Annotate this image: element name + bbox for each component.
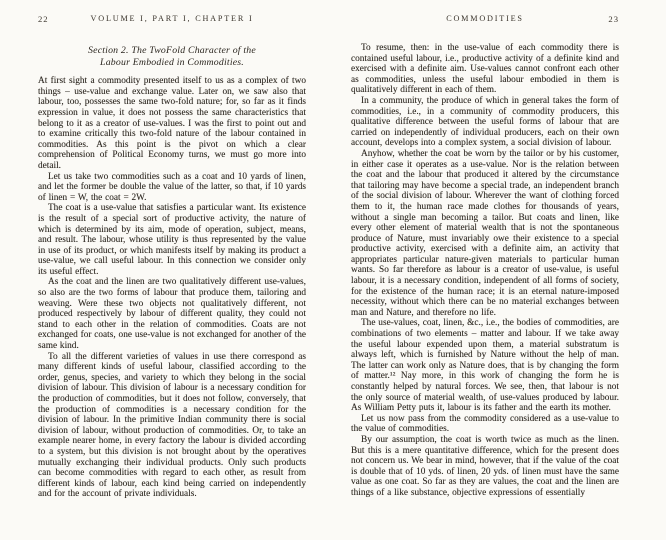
paragraph: To all the different varieties of values…: [38, 352, 306, 500]
right-running-header: COMMODITIES 23: [351, 14, 619, 26]
paragraph: Let us take two commodities such as a co…: [38, 172, 306, 204]
paragraph: The coat is a use-value that satisfies a…: [38, 203, 306, 277]
left-page-body: At first sight a commodity presented its…: [38, 76, 306, 500]
paragraph: As the coat and the linen are two qualit…: [38, 277, 306, 351]
paragraph: Let us now pass from the commodity consi…: [351, 414, 619, 435]
paragraph: Anyhow, whether the coat be worn by the …: [351, 149, 619, 319]
page-right: COMMODITIES 23 To resume, then: in the u…: [351, 14, 619, 499]
left-running-header-title: VOLUME I, PART I, CHAPTER I: [91, 14, 254, 23]
paragraph: In a community, the produce of which in …: [351, 96, 619, 149]
section-heading-line1: Section 2. The TwoFold Character of the: [38, 45, 306, 57]
left-page-number: 22: [38, 14, 49, 24]
paragraph: The use-values, coat, linen, &c., i.e., …: [351, 318, 619, 413]
page-left: 22 VOLUME I, PART I, CHAPTER I Section 2…: [38, 14, 306, 500]
right-running-header-title: COMMODITIES: [446, 14, 524, 23]
section-heading-line2: Labour Embodied in Commodities.: [38, 57, 306, 69]
section-heading: Section 2. The TwoFold Character of the …: [38, 45, 306, 68]
paragraph: At first sight a commodity presented its…: [38, 76, 306, 171]
paragraph: By our assumption, the coat is worth twi…: [351, 435, 619, 499]
right-page-body: To resume, then: in the use-value of eac…: [351, 43, 619, 499]
left-running-header: 22 VOLUME I, PART I, CHAPTER I: [38, 14, 306, 26]
book-spread: 22 VOLUME I, PART I, CHAPTER I Section 2…: [0, 0, 666, 540]
right-page-number: 23: [608, 14, 619, 24]
paragraph: To resume, then: in the use-value of eac…: [351, 43, 619, 96]
